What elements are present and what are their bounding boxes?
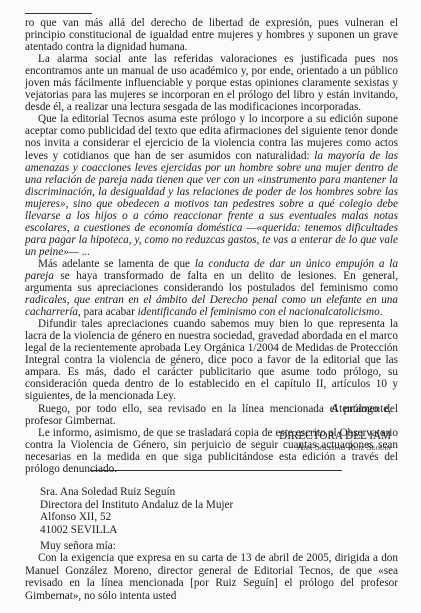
text-run: , para acabar xyxy=(78,306,138,318)
body-paragraph: La alarma social ante las referidas valo… xyxy=(25,53,398,113)
document-page: ro que van más allá del derecho de liber… xyxy=(0,0,421,613)
text-run: ... xyxy=(79,246,90,258)
closing: Atentamente, xyxy=(331,403,391,415)
recipient-address: Sra. Ana Soledad Ruiz Seguín Directora d… xyxy=(40,486,233,536)
body-paragraph: Que la editorial Tecnos asuma este prólo… xyxy=(25,113,398,258)
signature-role: DIRECTORA DEL IAM xyxy=(279,431,391,442)
salutation: Muy señora mía: xyxy=(40,540,116,552)
reply-letter-body: Con la exigencia que expresa en su carta… xyxy=(25,552,398,602)
body-paragraph: Difundir tales apreciaciones cuando sabe… xyxy=(25,318,398,402)
reply-paragraph: Con la exigencia que expresa en su carta… xyxy=(25,552,398,602)
signature-block: DIRECTORA DEL IAM Ana Soledad Ruiz Seguí… xyxy=(279,431,391,453)
body-paragraph: Más adelante se lamenta de que la conduc… xyxy=(25,258,398,318)
text-run: . xyxy=(380,306,383,318)
italic-quote: la mayoría de las amenazas y coacciones … xyxy=(25,150,398,258)
body-paragraph: ro que van más allá del derecho de liber… xyxy=(25,17,398,53)
text-run: Difundir tales apreciaciones cuando sabe… xyxy=(25,318,398,402)
text-run: La alarma social ante las referidas valo… xyxy=(25,53,398,113)
text-run: Más adelante se lamenta de que xyxy=(38,258,195,270)
text-run: se haya transformado de falta en un deli… xyxy=(25,270,398,294)
italic-quote: identificando el feminismo con el nacion… xyxy=(138,306,380,318)
signature-name: Ana Soledad Ruiz Seguín xyxy=(279,442,391,453)
address-line: Directora del Instituto Andaluz de la Mu… xyxy=(40,499,233,512)
footnote-rule xyxy=(25,13,92,14)
address-line: Alfonso XII, 52 xyxy=(40,511,233,524)
address-line: 41002 SEVILLA xyxy=(40,524,233,537)
text-run: ro que van más allá del derecho de liber… xyxy=(25,17,398,53)
separator-rule xyxy=(90,470,342,471)
address-line: Sra. Ana Soledad Ruiz Seguín xyxy=(40,486,233,499)
